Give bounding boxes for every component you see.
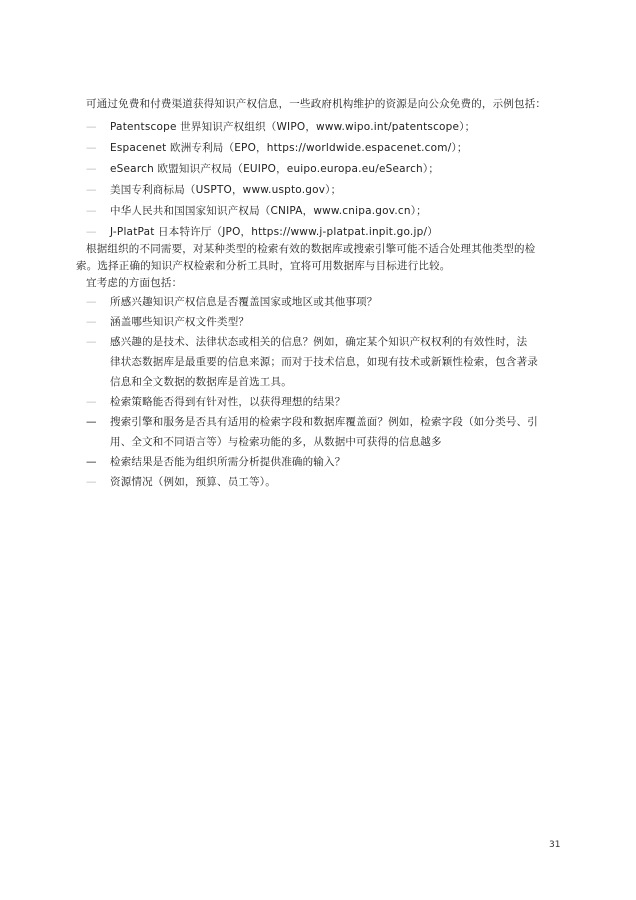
list-dash: — (86, 396, 97, 409)
list-dash: — (86, 121, 97, 134)
list-dash: — (86, 336, 97, 349)
list-dash: — (86, 163, 97, 176)
consideration-item: 资源情况（例如，预算、员工等）。 (110, 476, 276, 489)
list-dash: — (86, 316, 97, 329)
consideration-continuation: 用、全文和不同语言等）与检索功能的多，从数据中可获得的信息越多 (110, 436, 442, 449)
list-dash: — (86, 226, 97, 239)
paragraph-line: 索。选择正确的知识产权检索和分析工具时，宜将可用数据库与目标进行比较。 (76, 260, 451, 273)
paragraph-line: 根据组织的不同需要，对某种类型的检索有效的数据库或搜索引擎可能不适合处理其他类型… (86, 243, 535, 256)
page-number: 31 (549, 840, 560, 850)
consideration-item: 感兴趣的是技术、法律状态或相关的信息？例如，确定某个知识产权权利的有效性时，法 (110, 336, 527, 349)
consideration-item: 检索结果是否能为组织所需分析提供准确的输入？ (110, 456, 345, 469)
consideration-item: 搜索引擎和服务是否具有适用的检索字段和数据库覆盖面？例如，检索字段（如分类号、引 (110, 416, 538, 429)
document-page: 可通过免费和付费渠道获得知识产权信息，一些政府机构维护的资源是向公众免费的，示例… (0, 0, 636, 900)
database-item: eSearch 欧盟知识产权局（EUIPO，euipo.europa.eu/eS… (110, 163, 439, 176)
list-dash: — (86, 476, 97, 489)
considerations-heading: 宜考虑的方面包括： (86, 277, 182, 290)
consideration-item: 涵盖哪些知识产权文件类型？ (110, 316, 249, 329)
database-item: 美国专利商标局（USPTO，www.uspto.gov）； (110, 184, 341, 197)
consideration-continuation: 信息和全文数据的数据库是首选工具。 (110, 376, 292, 389)
list-dash: — (86, 142, 97, 155)
database-item: J-PlatPat 日本特许厅（JPO，https://www.j-platpa… (110, 226, 438, 239)
list-dash: — (86, 184, 97, 197)
database-item: Espacenet 欧洲专利局（EPO，https://worldwide.es… (110, 142, 468, 155)
database-item: 中华人民共和国国家知识产权局（CNIPA，www.cnipa.gov.cn）； (110, 205, 427, 218)
database-item: Patentscope 世界知识产权组织（WIPO，www.wipo.int/p… (110, 121, 475, 134)
intro-text: 可通过免费和付费渠道获得知识产权信息，一些政府机构维护的资源是向公众免费的，示例… (86, 98, 546, 111)
list-dash: — (86, 456, 97, 469)
consideration-item: 所感兴趣知识产权信息是否覆盖国家或地区或其他事项？ (110, 296, 378, 309)
list-dash: — (86, 296, 97, 309)
list-dash: — (86, 416, 97, 429)
list-dash: — (86, 205, 97, 218)
consideration-item: 检索策略能否得到有针对性，以获得理想的结果？ (110, 396, 345, 409)
consideration-continuation: 律状态数据库是最重要的信息来源；而对于技术信息，如现有技术或新颖性检索，包含著录 (110, 356, 538, 369)
